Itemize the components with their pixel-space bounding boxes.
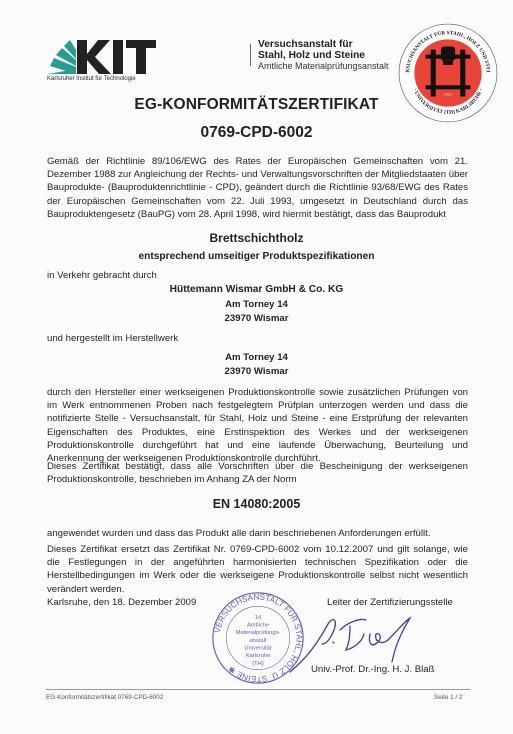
intro-paragraph: Gemäß der Richtlinie 89/106/EWG des Rate… [47,155,468,221]
kit-subtitle: Karlsruher Institut für Technologie [47,75,136,82]
plant-city: 23970 Wismar [0,366,513,377]
company-city: 23970 Wismar [0,313,513,324]
svg-text:anstalt: anstalt [250,638,267,644]
header-divider [250,44,251,66]
footer-document-title: EG-Konformitätszertifikat 0769-CPD-6002 [46,694,163,701]
signatory-name: Univ.-Prof. Dr.-Ing. H. J. Blaß [311,664,435,675]
page-indicator: Seite 1 / 2 [434,694,462,701]
certificate-title: EG-KONFORMITÄTSZERTIFIKAT [0,96,513,114]
svg-text:Universität: Universität [244,646,272,652]
institute-line-2: Stahl, Holz und Steine [258,51,389,62]
svg-text:Karlsruhe: Karlsruhe [246,653,271,659]
product-name: Brettschichtholz [0,231,513,245]
plant-street: Am Torney 14 [0,352,513,363]
applied-paragraph: angewendet wurden und dass das Produkt a… [47,528,430,539]
product-subtitle: entsprechend umseitiger Produktspezifika… [0,251,513,262]
manufactured-label: und hergestellt im Herstellwerk [47,333,178,344]
control-paragraph: durch den Hersteller einer werkseigenen … [47,386,468,465]
norm-reference: EN 14080:2005 [0,497,513,511]
svg-text:(TH): (TH) [252,661,264,667]
footer-divider [46,689,470,690]
svg-text:Amtliche: Amtliche [247,622,269,628]
institute-line-3: Amtliche Materialprüfungsanstalt [258,61,389,72]
company-name: Hüttemann Wismar GmbH & Co. KG [0,284,513,295]
certificate-number: 0769-CPD-6002 [0,124,513,142]
institute-name: Versuchsanstalt für Stahl, Holz und Stei… [258,40,389,72]
svg-text:14: 14 [255,615,262,621]
place-date: Karlsruhe, den 18. Dezember 2009 [47,597,196,608]
svg-text:Materialprüfungs-: Materialprüfungs- [236,630,281,636]
institute-line-1: Versuchsanstalt für [258,40,389,51]
confirm-paragraph: Dieses Zertifikat bestätigt, dass alle V… [47,460,468,486]
replace-paragraph: Dieses Zertifikat ersetzt das Zertifikat… [47,543,468,596]
placed-by-label: in Verkehr gebracht durch [47,270,157,281]
signatory-role: Leiter der Zertifizierungsstelle [327,597,453,608]
company-street: Am Torney 14 [0,299,513,310]
